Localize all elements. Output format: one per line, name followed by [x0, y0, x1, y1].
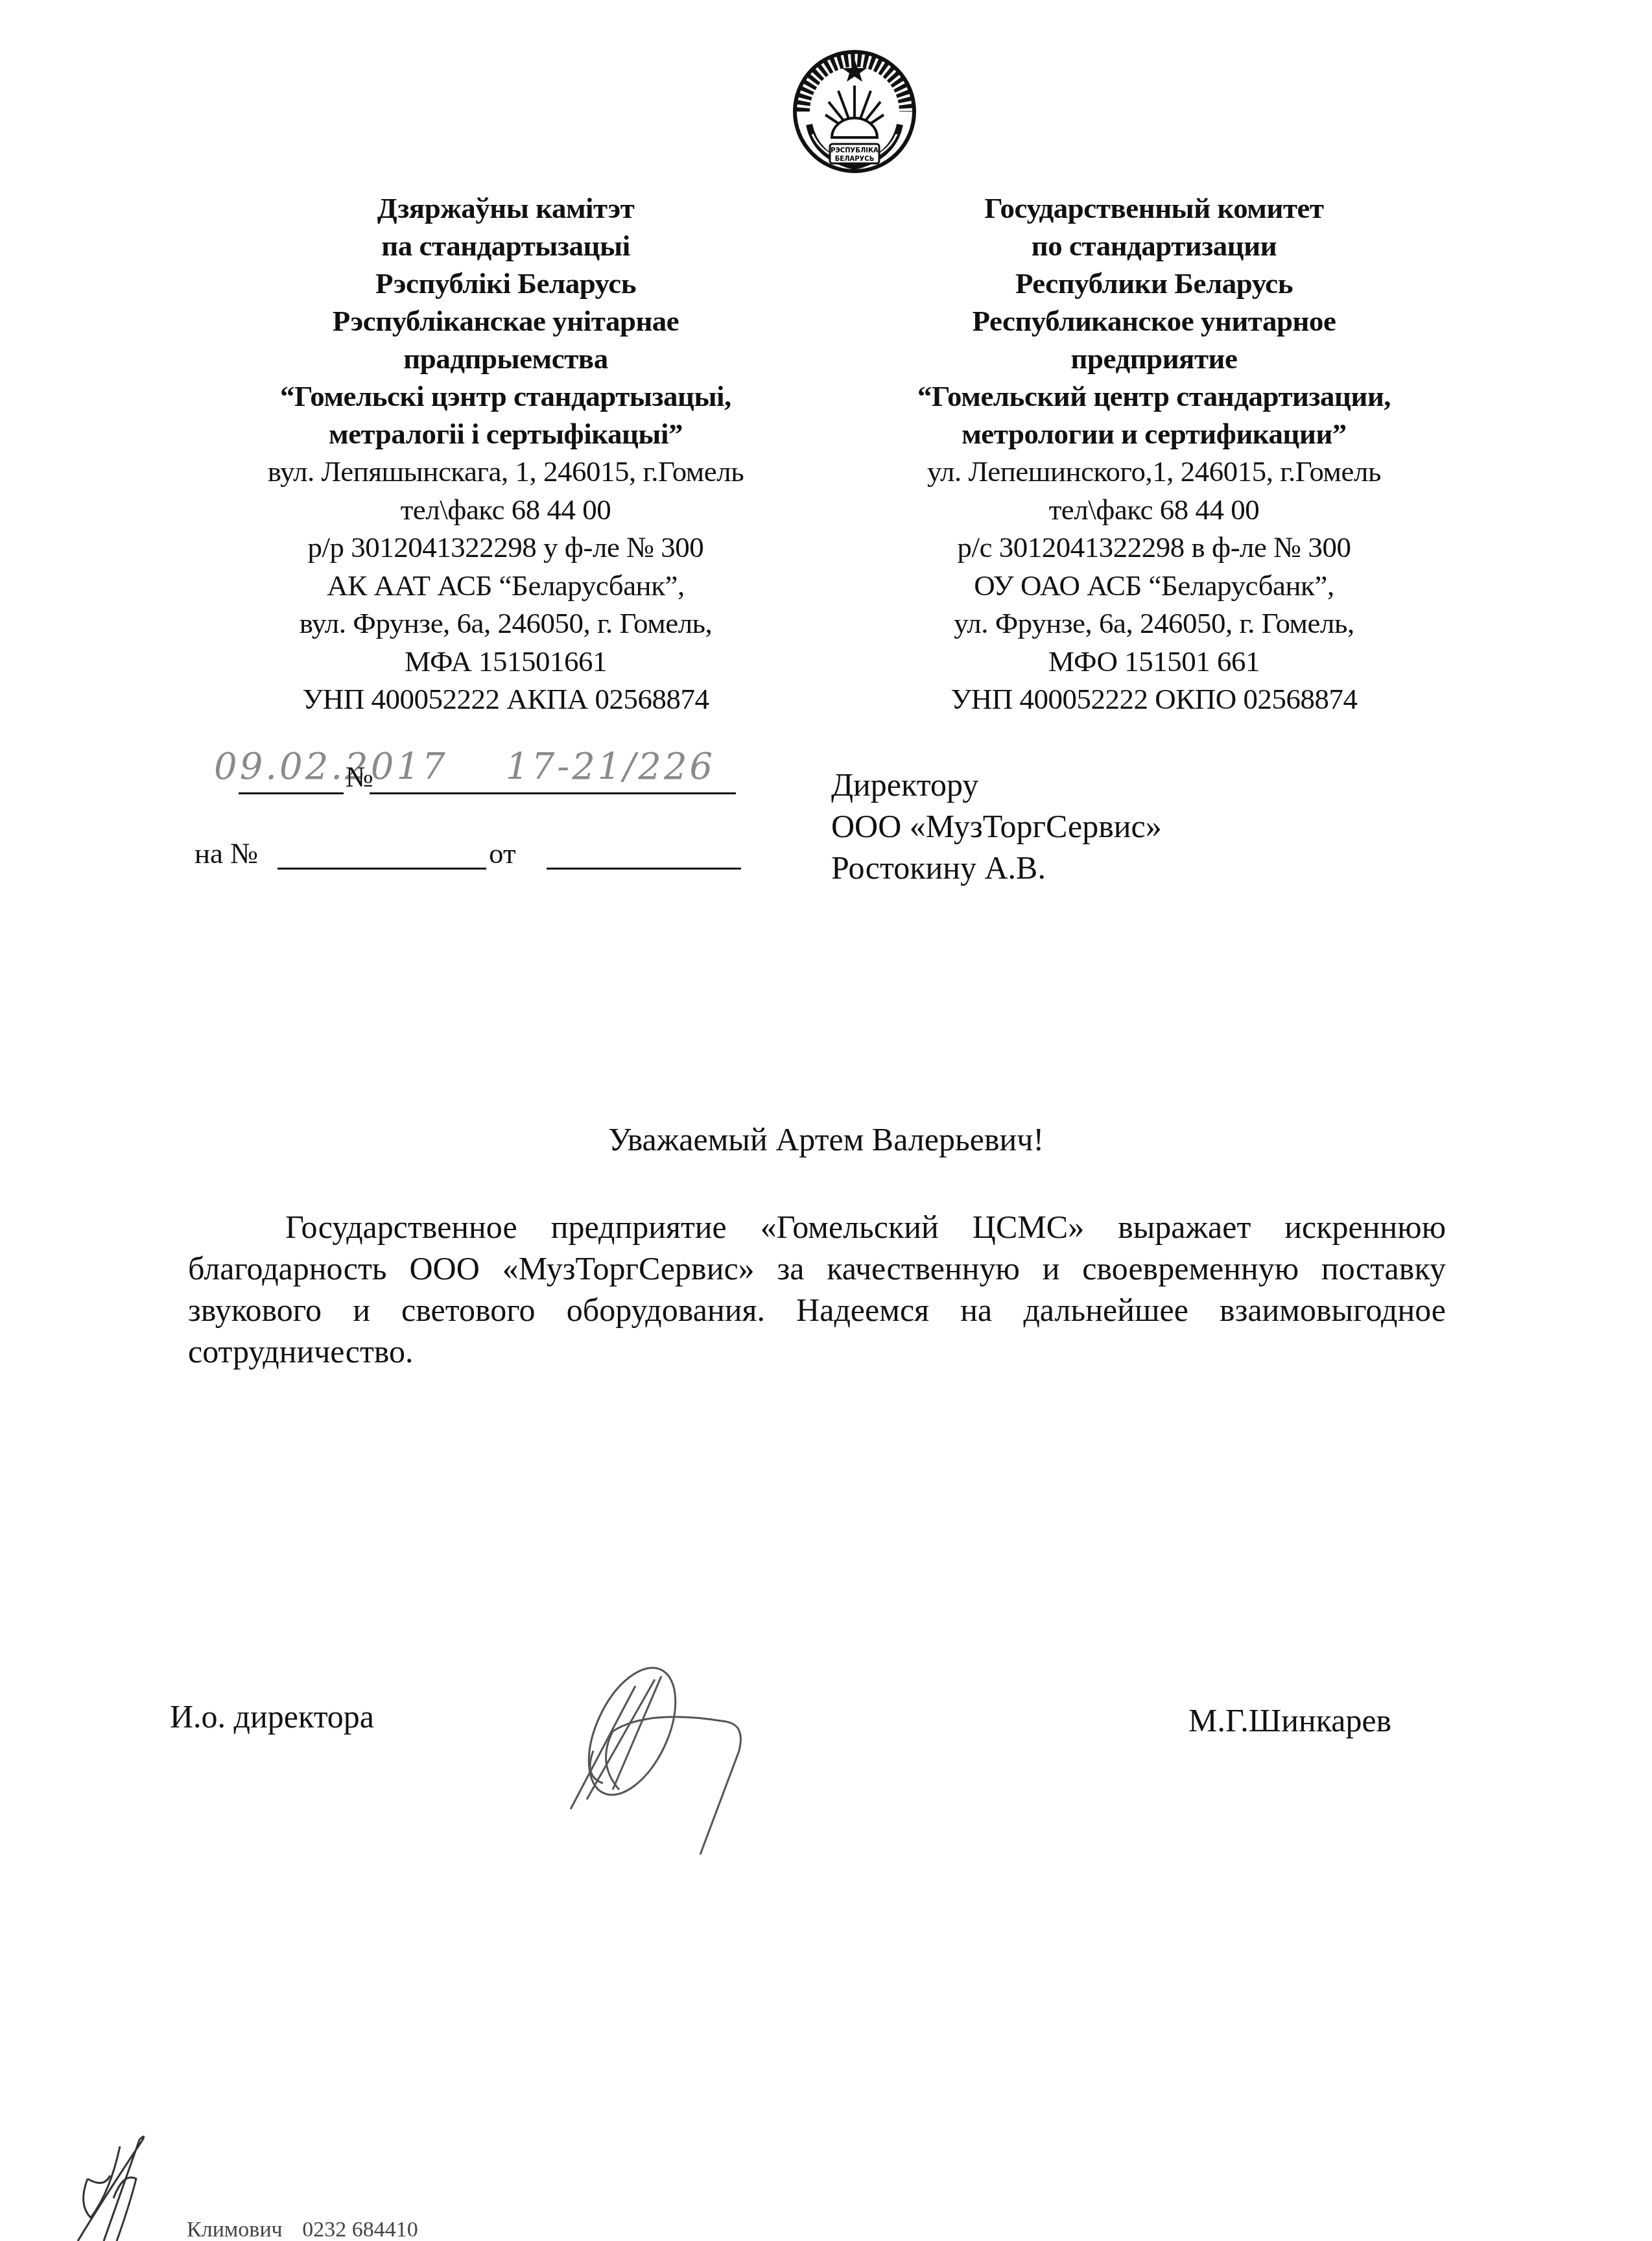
- org-name-be-line: прадпрыемства: [195, 340, 817, 377]
- org-bank-address-be: вул. Фрунзе, 6а, 246050, г. Гомель,: [195, 604, 817, 643]
- coat-of-arms-emblem: РЭСПУБЛІКА БЕЛАРУСЬ: [790, 47, 919, 176]
- recipient-name: Ростокину А.В.: [831, 847, 1162, 888]
- org-name-ru-line: “Гомельский центр стандартизации,: [849, 377, 1459, 415]
- org-name-be-line: Рэспубліканскае унітарнае: [195, 302, 817, 340]
- salutation: Уважаемый Артем Валерьевич!: [0, 1120, 1652, 1158]
- svg-text:БЕЛАРУСЬ: БЕЛАРУСЬ: [835, 156, 875, 163]
- org-name-be-line: Дзяржаўны камітэт: [195, 189, 817, 227]
- org-name-be-line: па стандартызацыі: [195, 227, 817, 265]
- from-label: от: [489, 836, 516, 870]
- number-underline: [370, 792, 736, 794]
- org-name-ru-line: Республиканское унитарное: [849, 302, 1459, 340]
- handwritten-signature: [558, 1660, 947, 1880]
- org-name-ru-line: предприятие: [849, 340, 1459, 377]
- executor-name: Климович: [187, 2218, 283, 2241]
- belarus-coat-of-arms-icon: РЭСПУБЛІКА БЕЛАРУСЬ: [790, 47, 919, 176]
- org-name-be-line: метралогіі і сертыфікацыі”: [195, 415, 817, 453]
- svg-text:РЭСПУБЛІКА: РЭСПУБЛІКА: [831, 147, 879, 154]
- handwritten-number: 17-21/226: [506, 746, 715, 788]
- org-name-ru-line: Республики Беларусь: [849, 265, 1459, 302]
- signature-icon: [558, 1660, 947, 1880]
- executor-phone: 0232 684410: [302, 2218, 418, 2241]
- org-phone-be: тел\факс 68 44 00: [195, 491, 817, 529]
- org-tax-ids-be: УНП 400052222 АКПА 02568874: [195, 680, 817, 718]
- signatory-title: И.о. директора: [170, 1698, 374, 1735]
- org-bank-account-ru: р/с 3012041322298 в ф-ле № 300: [849, 528, 1459, 567]
- org-bank-account-be: р/р 3012041322298 у ф-ле № 300: [195, 528, 817, 567]
- org-bank-name-be: АК ААТ АСБ “Беларусбанк”,: [195, 567, 817, 605]
- letterhead-russian: Государственный комитет по стандартизаци…: [849, 189, 1459, 718]
- org-bank-address-ru: ул. Фрунзе, 6а, 246050, г. Гомель,: [849, 604, 1459, 643]
- org-name-be-line: Рэспублікі Беларусь: [195, 265, 817, 302]
- org-bank-code-ru: МФО 151501 661: [849, 643, 1459, 681]
- org-name-be-line: “Гомельскі цэнтр стандартызацыі,: [195, 377, 817, 415]
- initials-signature-icon: [65, 2127, 195, 2241]
- number-label: №: [346, 760, 373, 794]
- reply-to-label: на №: [195, 836, 258, 870]
- handwritten-date: 09.02.2017: [214, 746, 448, 788]
- signatory-name: М.Г.Шинкарев: [1188, 1701, 1391, 1739]
- footer-executor: Климович 0232 684410: [187, 2218, 418, 2241]
- org-name-ru-line: метрологии и сертификации”: [849, 415, 1459, 453]
- org-bank-code-be: МФА 151501661: [195, 643, 817, 681]
- org-phone-ru: тел\факс 68 44 00: [849, 491, 1459, 529]
- letterhead-belarusian: Дзяржаўны камітэт па стандартызацыі Рэсп…: [195, 189, 817, 718]
- recipient-company: ООО «МузТоргСервис»: [831, 805, 1162, 847]
- letter-body: Государственное предприятие «Гомельский …: [188, 1206, 1446, 1372]
- reply-number-blank: [277, 868, 486, 870]
- recipient-position: Директору: [831, 764, 1162, 805]
- date-underline: [239, 792, 344, 794]
- org-name-ru-line: по стандартизации: [849, 227, 1459, 265]
- org-address-ru: ул. Лепешинского,1, 246015, г.Гомель: [849, 453, 1459, 491]
- recipient-block: Директору ООО «МузТоргСервис» Ростокину …: [831, 764, 1162, 888]
- executor-initials: [65, 2127, 195, 2241]
- org-name-ru-line: Государственный комитет: [849, 189, 1459, 227]
- org-tax-ids-ru: УНП 400052222 ОКПО 02568874: [849, 680, 1459, 718]
- org-address-be: вул. Лепяшынскага, 1, 246015, г.Гомель: [195, 453, 817, 491]
- reply-date-blank: [547, 868, 741, 870]
- org-bank-name-ru: ОУ ОАО АСБ “Беларусбанк”,: [849, 567, 1459, 605]
